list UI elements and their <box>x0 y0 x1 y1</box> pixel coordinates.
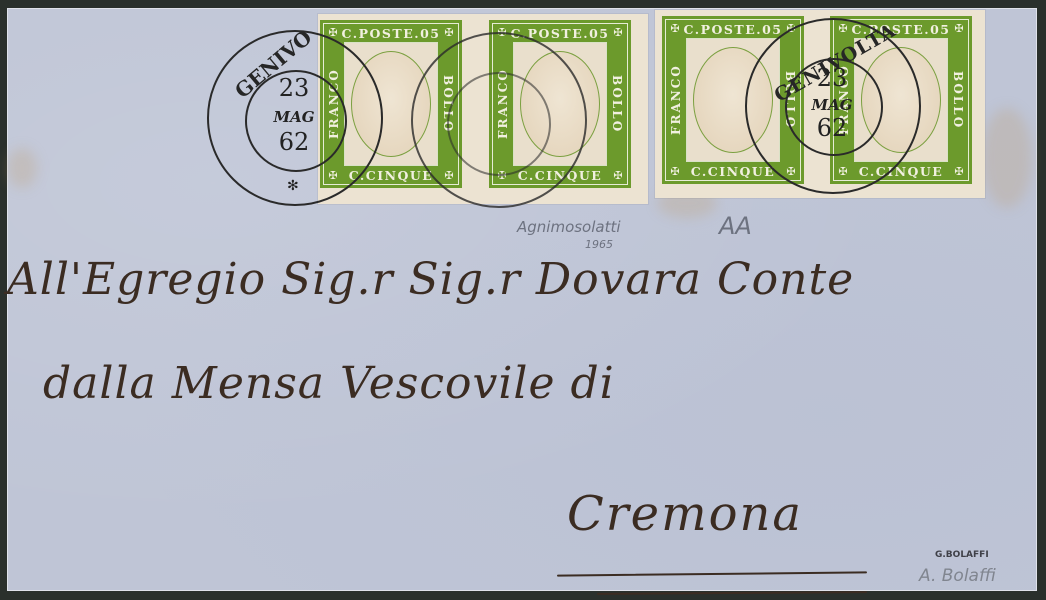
postmark-town: GENIVO <box>230 25 316 103</box>
pencil-note-mark: AA <box>719 212 752 240</box>
embossed-oval <box>351 51 431 157</box>
stamp-bottom-text: C.CINQUE <box>489 168 631 183</box>
stamp-top-text: C.POSTE.05 <box>662 22 804 37</box>
stamp-bottom-text: C.CINQUE <box>830 164 972 179</box>
city-underline-2 <box>597 591 867 595</box>
pencil-note-certification: Agnimosolatti <box>517 218 621 236</box>
expert-signature: A. Bolaffi <box>919 566 996 586</box>
stamp-left-text: FRANCO <box>834 38 854 162</box>
stamp-top-text: C.POSTE.05 <box>489 26 631 41</box>
stamp-left-text: FRANCO <box>324 42 344 166</box>
embossed-oval <box>861 47 941 153</box>
stamp-bottom-text: C.CINQUE <box>662 164 804 179</box>
stamp-bottom-text: C.CINQUE <box>320 168 462 183</box>
stamp-left-text: FRANCO <box>493 42 513 166</box>
stamp-right-text: BOLLO <box>780 38 800 162</box>
pencil-note-year: 1965 <box>585 238 613 251</box>
stamp-2: ✠ ✠ ✠ ✠ C.POSTE.05 FRANCO BOLLO C.CINQUE <box>489 20 631 188</box>
postmark-ornament-icon: ✻ <box>287 178 299 194</box>
stamp-3: ✠ ✠ ✠ ✠ C.POSTE.05 FRANCO BOLLO C.CINQUE <box>662 16 804 184</box>
address-city: Cremona <box>567 486 803 542</box>
stamp-right-text: BOLLO <box>438 42 458 166</box>
city-underline <box>557 571 867 576</box>
stamp-top-text: C.POSTE.05 <box>320 26 462 41</box>
embossed-oval <box>520 51 600 157</box>
stamp-left-text: FRANCO <box>666 38 686 162</box>
stamp-center-panel <box>344 42 438 166</box>
foxing-stain <box>7 148 37 188</box>
stamp-4: ✠ ✠ ✠ ✠ C.POSTE.05 FRANCO BOLLO C.CINQUE <box>830 16 972 184</box>
foxing-stain <box>982 108 1032 208</box>
stamp-right-text: BOLLO <box>607 42 627 166</box>
stamp-top-text: C.POSTE.05 <box>830 22 972 37</box>
embossed-oval <box>693 47 773 153</box>
expert-handstamp: G.BOLAFFI <box>935 550 989 560</box>
stamp-1: ✠ ✠ ✠ ✠ C.POSTE.05 FRANCO BOLLO C.CINQUE <box>320 20 462 188</box>
stamp-center-panel <box>854 38 948 162</box>
stamp-center-panel <box>513 42 607 166</box>
address-line-1: All'Egregio Sig.r Sig.r Dovara Conte <box>7 254 854 305</box>
stamp-center-panel <box>686 38 780 162</box>
stamp-right-text: BOLLO <box>948 38 968 162</box>
postal-cover: ✠ ✠ ✠ ✠ C.POSTE.05 FRANCO BOLLO C.CINQUE… <box>7 8 1037 591</box>
address-line-2: dalla Mensa Vescovile di <box>43 358 615 409</box>
